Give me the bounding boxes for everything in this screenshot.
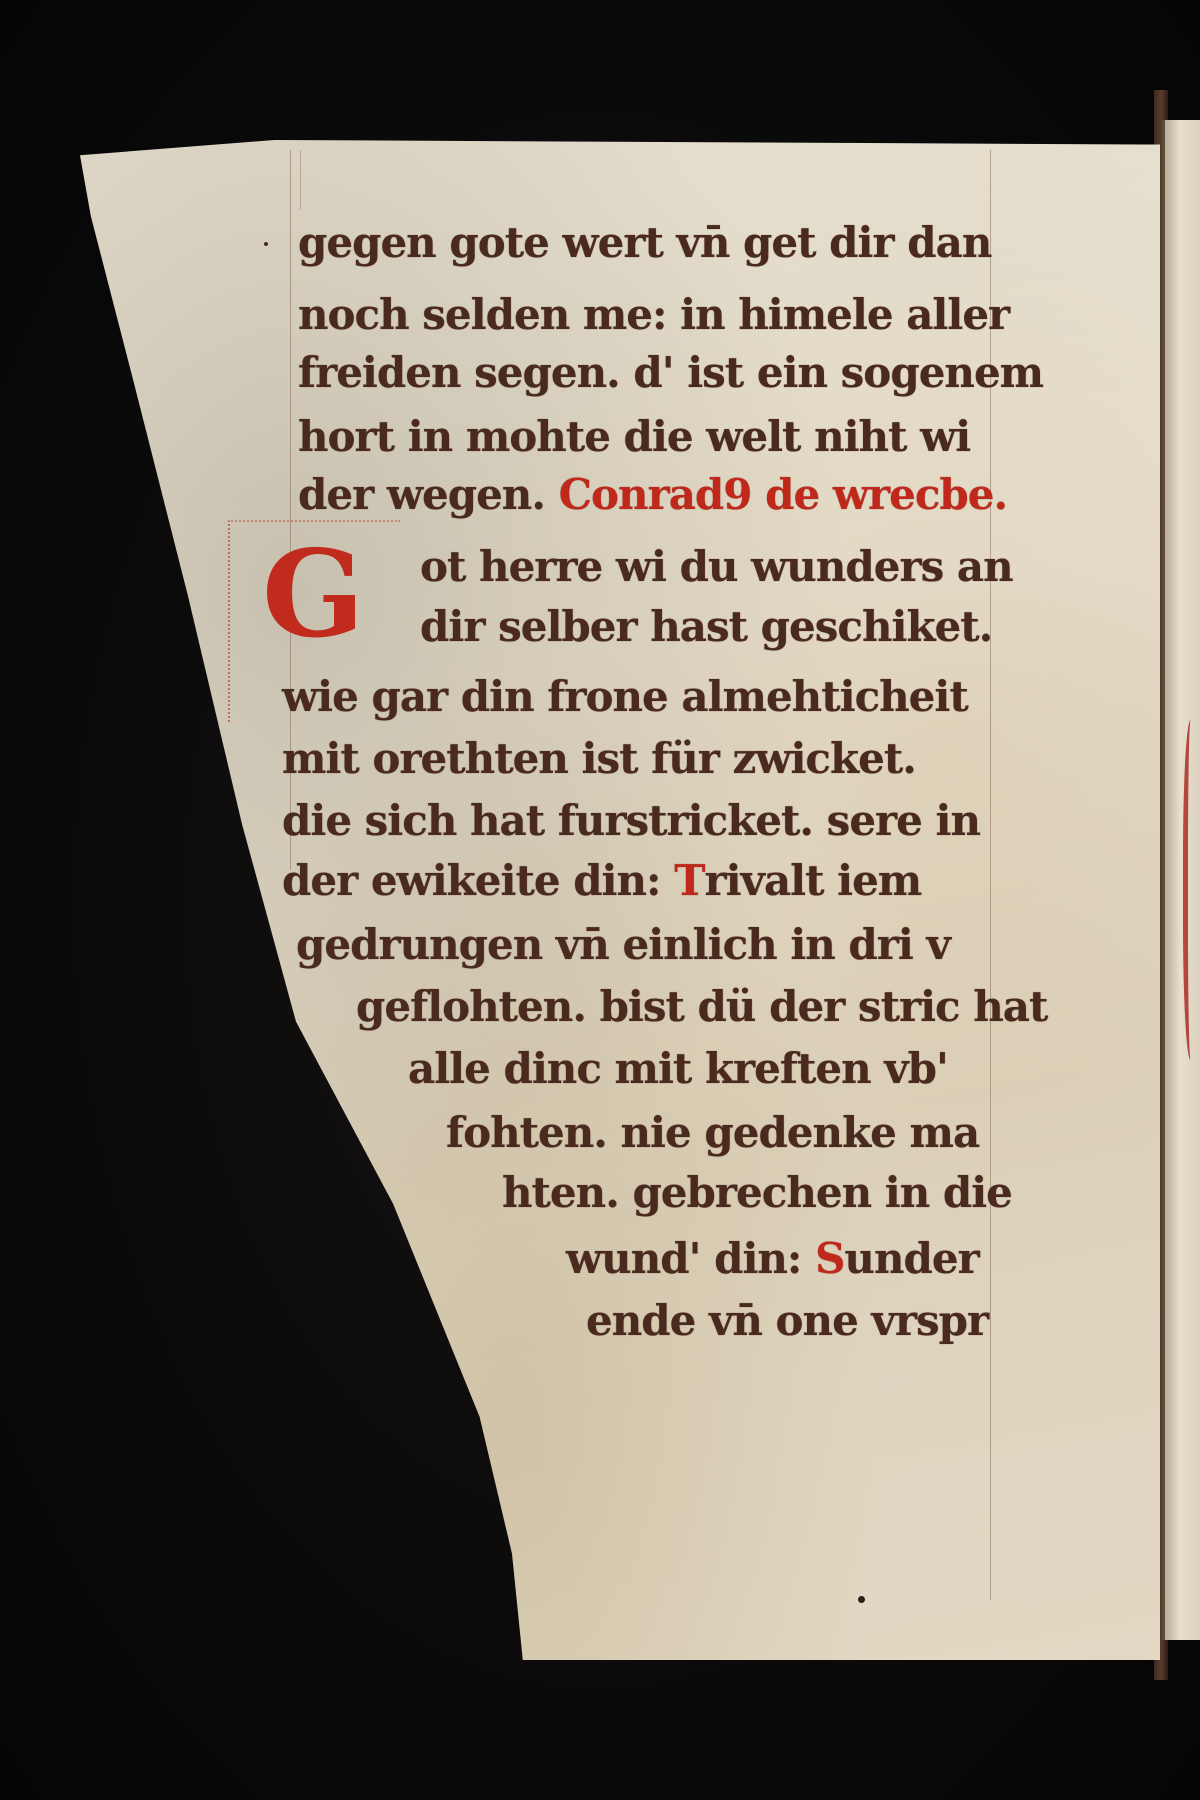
text-line-11-suffix: rivalt iem <box>704 856 921 905</box>
text-line-10: die sich hat furstricket. sere in <box>282 800 980 842</box>
text-line-11-prefix: der ewikeite din: <box>282 856 661 905</box>
text-line-12: gedrungen vn̄ einlich in dri v <box>296 924 950 966</box>
text-line-17: wund' din: Sunder <box>566 1238 979 1280</box>
text-line-14: alle dinc mit kreften vb' <box>408 1048 948 1090</box>
text-line-5: der wegen. Conrad9 de wrecbe. <box>298 474 1007 516</box>
text-line-15: fohten. nie gedenke ma <box>446 1112 979 1154</box>
text-line-8: wie gar din frone almehticheit <box>282 676 968 718</box>
text-line-2: noch selden me: in himele aller <box>298 294 1009 336</box>
text-line-9: mit orethten ist für zwicket. <box>282 738 916 780</box>
red-touched-letter: T <box>674 860 704 902</box>
text-line-6: ot herre wi du wunders an <box>420 546 1013 588</box>
text-line-11: der ewikeite din: Trivalt iem <box>282 860 921 902</box>
text-line-17-prefix: wund' din: <box>566 1234 801 1283</box>
text-line-5-prefix: der wegen. <box>298 470 545 519</box>
rubric-heading: Conrad9 de wrecbe. <box>559 470 1008 519</box>
decorated-initial: G <box>262 540 362 650</box>
text-line-17-suffix: under <box>844 1234 978 1283</box>
text-line-16: hten. gebrechen in die <box>502 1172 1012 1214</box>
red-touched-letter-2: S <box>815 1238 844 1280</box>
text-line-13: geflohten. bist dü der stric hat <box>356 986 1047 1028</box>
ink-dot <box>858 1596 865 1603</box>
text-line-4: hort in mohte die welt niht wi <box>298 416 970 458</box>
text-line-7: dir selber hast geschiket. <box>420 606 992 648</box>
text-line-1: gegen gote wert vn̄ get dir dan <box>298 222 991 264</box>
manuscript-text-block: gegen gote wert vn̄ get dir dan noch sel… <box>0 0 1200 1800</box>
text-line-3: freiden segen. d' ist ein sogenem <box>298 352 1043 394</box>
text-line-18: ende vn̄ one vrspr <box>586 1300 988 1342</box>
